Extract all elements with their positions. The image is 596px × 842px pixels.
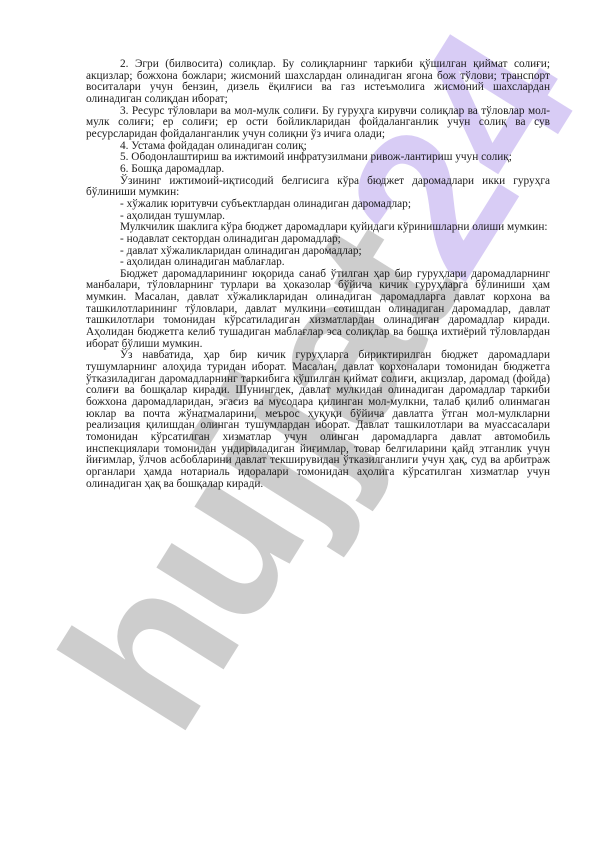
list-item-non-state-sector: - нодавлат сектордан олинадиган даромадл… — [86, 234, 550, 246]
paragraph-subgroup-details: Ўз навбатида, ҳар бир кичик гуруҳларга б… — [86, 350, 550, 490]
paragraph-indirect-taxes: 2. Эгри (билвосита) солиқлар. Бу солиқла… — [86, 59, 550, 106]
paragraph-socio-economic-groups: Ўзининг ижтимоий-иқтисодий белгисига кўр… — [86, 176, 550, 199]
list-item-other-income: 6. Бошқа даромадлар. — [86, 164, 550, 176]
paragraph-resource-payments: 3. Ресурс тўловлари ва мол-мулк солиғи. … — [86, 106, 550, 141]
paragraph-subgroups: Бюджет даромадларининг юқорида санаб ўти… — [86, 269, 550, 351]
document-page: hujjat24 2. Эгри (билвосита) солиқлар. Б… — [0, 0, 596, 842]
list-item-business-income: - хўжалик юритувчи субъектлардан олинади… — [86, 199, 550, 211]
document-body: 2. Эгри (билвосита) солиқлар. Бу солиқла… — [86, 59, 550, 490]
